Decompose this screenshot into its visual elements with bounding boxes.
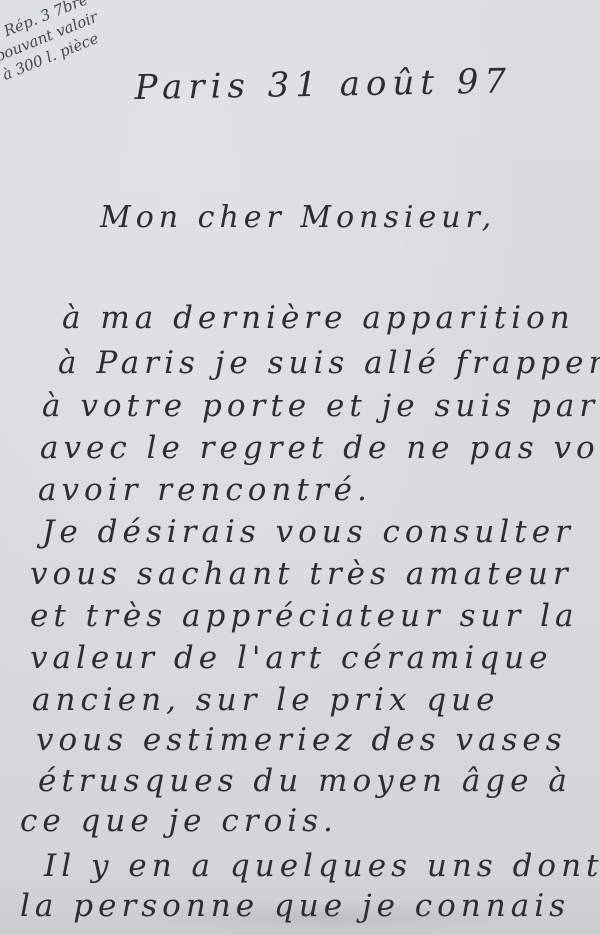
letter-line: à Paris je suis allé frapper [58,345,600,381]
letter-line: à ma dernière apparition [62,300,575,336]
letter-line: étrusques du moyen âge à [38,763,572,799]
letter-line: Je désirais vous consulter [42,514,575,550]
letter-line: valeur de l'art céramique [30,640,552,676]
letter-salutation: Mon cher Monsieur, [100,200,496,235]
letter-line: la personne que je connais [20,888,570,924]
letter-line: ce que je crois. [20,803,338,839]
letter-line: vous estimeriez des vases [36,722,567,758]
letter-line: avoir rencontré. [38,472,372,508]
letter-line: avec le regret de ne pas vous [40,430,600,466]
letter-line: ancien, sur le prix que [32,682,499,718]
letter-date: Paris 31 août 97 [134,61,512,108]
letter-line: Il y en a quelques uns dont [44,848,600,884]
letter-line: vous sachant très amateur [30,556,573,592]
letter-line: à votre porte et je suis parti [42,388,600,424]
letter-line: et très appréciateur sur la [30,598,579,634]
